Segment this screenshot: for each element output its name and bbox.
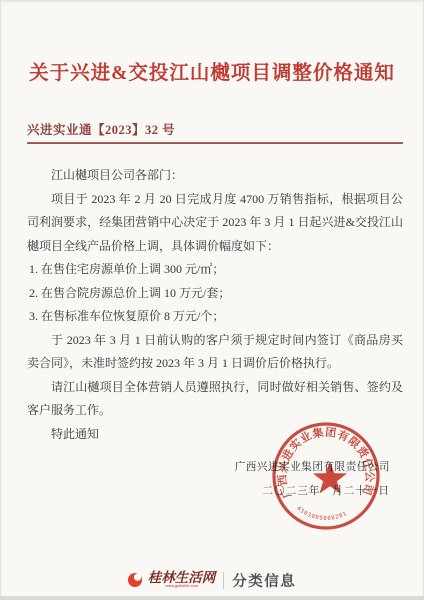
site-brand[interactable]: 桂林生活网 www.guilinlife.com xyxy=(148,571,216,590)
seal-star-icon xyxy=(313,461,347,494)
notice-title: 关于兴进&交投江山樾项目调整价格通知 xyxy=(0,57,424,85)
footer-divider xyxy=(223,572,224,589)
site-footer: 桂林生活网 www.guilinlife.com 分类信息 xyxy=(0,567,424,593)
price-item-parking: 3. 在售标准车位恢复原价 8 万元/个； xyxy=(27,305,403,329)
site-brand-name[interactable]: 桂林生活网 xyxy=(148,571,216,585)
notice-body: 江山樾项目公司各部门： 项目于 2023 年 2 月 20 日完成月度 4700… xyxy=(27,164,403,446)
price-item-residential: 1. 在售住宅房源单价上调 300 元/㎡； xyxy=(27,258,403,282)
paragraph-intro: 项目于 2023 年 2 月 20 日完成月度 4700 万销售指标，根据项目公… xyxy=(27,188,403,259)
company-seal-stamp: 广西兴进实业集团有限责任公司 4503009808201 xyxy=(266,416,386,536)
price-item-courtyard: 2. 在售合院房源总价上调 10 万元/套； xyxy=(27,282,403,306)
seal-serial-number: 4503009808201 xyxy=(295,506,348,522)
paragraph-signing-rule: 于 2023 年 3 月 1 日前认购的客户须于规定时间内签订《商品房买卖合同》… xyxy=(27,329,403,376)
scanned-notice-page: 关于兴进&交投江山樾项目调整价格通知 兴进实业通【2023】32 号 江山樾项目… xyxy=(0,0,424,600)
salutation: 江山樾项目公司各部门： xyxy=(27,164,403,188)
header-divider xyxy=(27,142,403,144)
site-logo-icon[interactable] xyxy=(128,573,142,587)
site-brand-url: www.guilinlife.com xyxy=(165,584,198,587)
footer-section-label[interactable]: 分类信息 xyxy=(232,570,296,591)
doc-number: 兴进实业通【2023】32 号 xyxy=(27,120,175,138)
